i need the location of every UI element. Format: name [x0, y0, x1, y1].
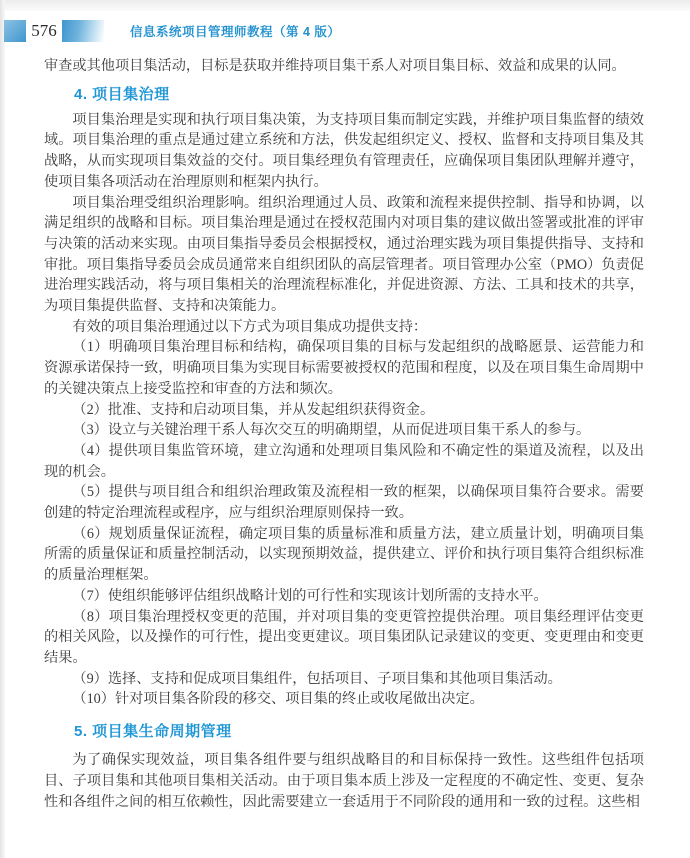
scan-edge-left [0, 0, 5, 858]
scan-edge-top [0, 0, 690, 11]
section-heading-5: 5. 项目集生命周期管理 [44, 722, 644, 742]
paragraph-governance-2: 项目集治理受组织治理影响。组织治理通过人员、政策和流程来提供控制、指导和协调，以… [44, 193, 644, 317]
list-item-1: （1）明确项目集治理目标和结构，确保项目集的目标与发起组织的战略愿景、运营能力和… [44, 337, 644, 399]
page-header: 576 信息系统项目管理师教程（第 4 版） [4, 19, 340, 42]
list-item-10: （10）针对项目集各阶段的移交、项目集的终止或收尾做出决定。 [44, 689, 644, 710]
list-item-8: （8）项目集治理授权变更的范围，并对项目集的变更管控提供治理。项目集经理评估变更… [44, 607, 644, 669]
header-accent-bar [62, 20, 104, 42]
list-item-2: （2）批准、支持和启动项目集，并从发起组织获得资金。 [44, 400, 644, 421]
book-title: 信息系统项目管理师教程（第 4 版） [130, 22, 340, 40]
paragraph-governance-1: 项目集治理是实现和执行项目集决策，为支持项目集而制定实践，并维护项目集监督的绩效… [44, 110, 644, 193]
list-item-4: （4）提供项目集监管环境，建立沟通和处理项目集风险和不确定性的渠道及流程，以及出… [44, 441, 644, 482]
paragraph-continuation: 审查或其他项目集活动，目标是获取并维持项目集干系人对项目集目标、效益和成果的认同… [44, 56, 644, 77]
list-item-7: （7）使组织能够评估组织战略计划的可行性和实现该计划所需的支持水平。 [44, 586, 644, 607]
section-heading-4: 4. 项目集治理 [44, 85, 644, 105]
paragraph-lead-in: 有效的项目集治理通过以下方式为项目集成功提供支持： [44, 317, 644, 338]
list-item-6: （6）规划质量保证流程，确定项目集的质量标准和质量方法，建立质量计划，明确项目集… [44, 524, 644, 586]
book-page: 576 信息系统项目管理师教程（第 4 版） 审查或其他项目集活动，目标是获取并… [0, 0, 690, 858]
list-item-9: （9）选择、支持和促成项目集组件，包括项目、子项目集和其他项目集活动。 [44, 669, 644, 690]
page-body: 审查或其他项目集活动，目标是获取并维持项目集干系人对项目集目标、效益和成果的认同… [44, 56, 644, 812]
list-item-3: （3）设立与关键治理干系人每次交互的明确期望，从而促进项目集干系人的参与。 [44, 420, 644, 441]
list-item-5: （5）提供与项目组合和组织治理政策及流程相一致的框架，以确保项目集符合要求。需要… [44, 482, 644, 523]
paragraph-lifecycle-1: 为了确保实现效益，项目集各组件要与组织战略目的和目标保持一致性。这些组件包括项目… [44, 750, 644, 812]
page-number: 576 [29, 21, 59, 41]
header-accent-square [4, 20, 26, 42]
